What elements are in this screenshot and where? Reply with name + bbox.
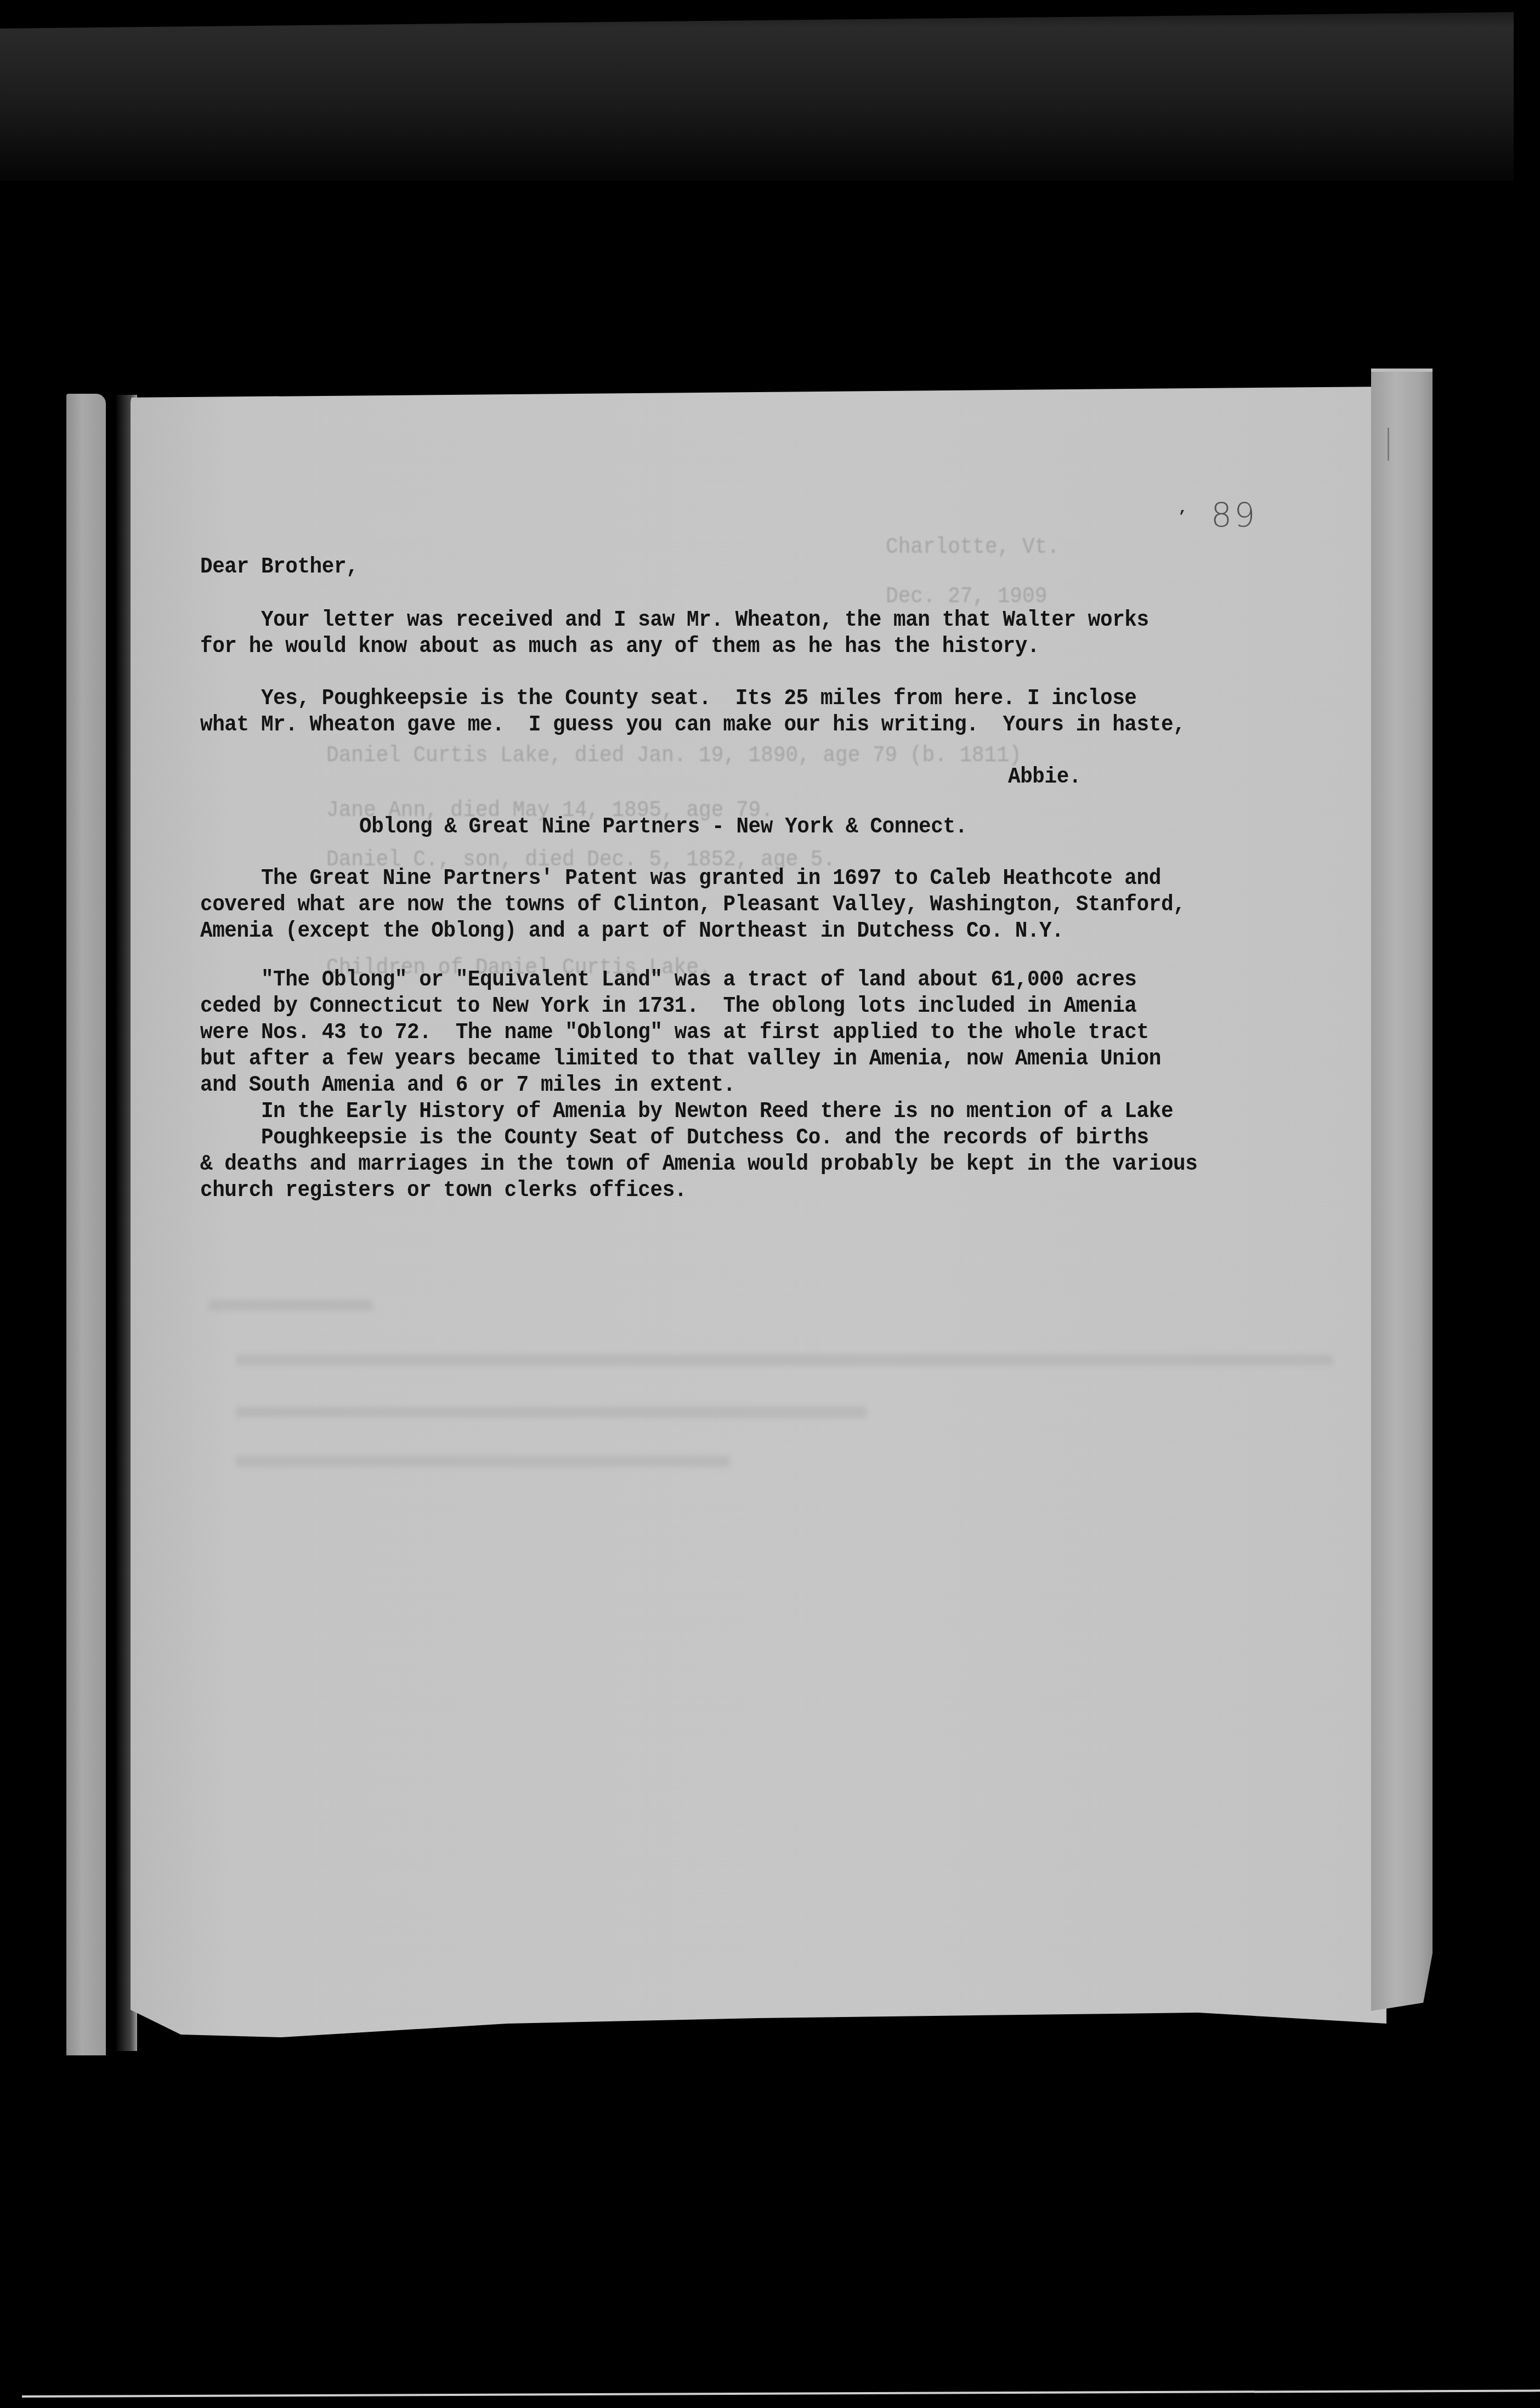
previous-page-edge — [66, 394, 106, 2055]
bleed-through-place: Charlotte, Vt. — [886, 535, 1060, 560]
bleed-through-smudge — [236, 1456, 729, 1467]
note-heading: Oblong & Great Nine Partners - New York … — [359, 814, 967, 840]
letter-paragraph-1-line-1: Your letter was received and I saw Mr. W… — [200, 607, 1149, 633]
note-paragraph-1-line: The Great Nine Partners' Patent was gran… — [200, 865, 1161, 892]
bleed-through-smudge — [208, 1300, 373, 1311]
bleed-through-smudge — [236, 1355, 1333, 1366]
letter-salutation: Dear Brother, — [200, 554, 358, 580]
film-edge-line — [22, 2389, 1540, 2398]
bleed-through-smudge — [236, 1407, 867, 1418]
letter-paragraph-1-line-2: for he would know about as much as any o… — [200, 633, 1039, 660]
note-paragraph-3-line: & deaths and marriages in the town of Am… — [200, 1151, 1197, 1177]
note-paragraph-2-line: and South Amenia and 6 or 7 miles in ext… — [200, 1072, 735, 1098]
film-top-band — [0, 0, 1514, 181]
note-paragraph-3-line: Poughkeepsie is the County Seat of Dutch… — [200, 1125, 1149, 1151]
page-edge-mark — [1388, 428, 1399, 461]
page-number: 89 — [1211, 496, 1257, 535]
note-paragraph-2-line: "The Oblong" or "Equivalent Land" was a … — [200, 967, 1137, 993]
note-paragraph-1-line: covered what are now the towns of Clinto… — [200, 892, 1185, 918]
note-paragraph-3-line: church registers or town clerks offices. — [200, 1177, 687, 1204]
note-paragraph-1-line: Amenia (except the Oblong) and a part of… — [200, 918, 1063, 944]
note-paragraph-3-line: In the Early History of Amenia by Newton… — [200, 1098, 1173, 1125]
note-paragraph-2-line: ceded by Connecticut to New York in 1731… — [200, 993, 1137, 1019]
letter-paragraph-2-line-2: what Mr. Wheaton gave me. I guess you ca… — [200, 712, 1185, 738]
bleed-through-line: Daniel Curtis Lake, died Jan. 19, 1890, … — [326, 743, 1022, 768]
page-stack-edge — [1371, 369, 1433, 2077]
page-number-mark: ’ — [1177, 509, 1187, 526]
letter-paragraph-2-line-1: Yes, Poughkeepsie is the County seat. It… — [200, 685, 1137, 712]
letter-signature: Abbie. — [1008, 764, 1081, 790]
note-paragraph-2-line: were Nos. 43 to 72. The name "Oblong" wa… — [200, 1019, 1149, 1046]
bleed-through-date: Dec. 27, 1909 — [886, 584, 1047, 609]
note-paragraph-2-line: but after a few years became limited to … — [200, 1046, 1161, 1072]
